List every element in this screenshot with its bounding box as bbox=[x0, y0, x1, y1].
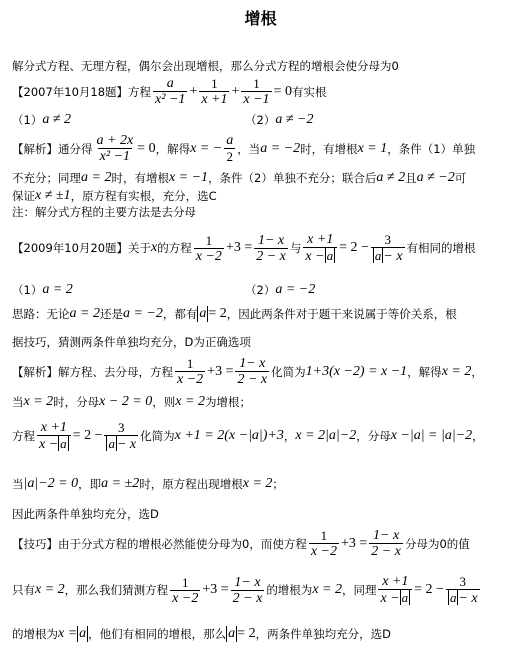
fraction: 1x −1 bbox=[241, 76, 271, 107]
problem1-condition-1: （1）a ≠ 2 bbox=[12, 112, 71, 128]
problem1-analysis-line2: 不充分；同理a = 2 时，有增根x = −1 ，条件（2）单独不充分；联合后a… bbox=[12, 170, 466, 186]
fraction: ax² −1 bbox=[153, 76, 187, 107]
problem1-analysis-line3: 保证x ≠ ±1 ，原方程有实根，充分，选C bbox=[12, 188, 217, 204]
problem2-tip-line1: 【技巧】由于分式方程的增根必然能使分母为0，而使方程 1x −2 +3 = 1−… bbox=[12, 528, 470, 559]
problem2-analysis-line4: 当|a|−2 = 0 ，即a = ±2 时，原方程出现增根x = 2 ； bbox=[12, 476, 284, 492]
problem2-tip-line2: 只有x = 2 ，那么我们猜测方程 1x −2 +3 = 1− x2 − x 的… bbox=[12, 574, 482, 606]
problem2-analysis-line2: 当x = 2 时，分母x − 2 = 0 ，则x = 2 为增根； bbox=[12, 394, 251, 410]
problem2-analysis-line1: 【解析】解方程、去分母，方程 1x −2 +3 = 1− x2 − x 化简为1… bbox=[12, 356, 483, 387]
fraction: 1x +1 bbox=[199, 76, 229, 107]
problem2-analysis-line5: 因此两条件单独均充分，选D bbox=[12, 506, 159, 522]
intro-text: 解分式方程、无理方程，偶尔会出现增根，那么分式方程的增根会使分母为0 bbox=[12, 58, 399, 74]
problem2-analysis-line3: 方程 x +1x −a = 2 − 3a− x 化简为x +1 = 2(x −|… bbox=[12, 420, 484, 452]
problem1-analysis-line1: 【解析】通分得 a + 2xx² −1 = 0，解得 x = − a2 ，当a … bbox=[12, 133, 475, 164]
problem1-condition-2: （2）a ≠ −2 bbox=[245, 112, 313, 128]
problem2-statement: 【2009年10月20题】关于 x的方程 1x −2 +3 = 1− x2 − … bbox=[12, 232, 476, 264]
problem2-idea-line2: 据技巧，猜测两条件单独均充分，D为正确选项 bbox=[12, 334, 251, 350]
problem2-condition-1: （1）a = 2 bbox=[12, 282, 73, 298]
problem2-idea-line1: 思路：无论a = 2 还是a = −2 ，都有a = 2，因此两条件对于题干来说… bbox=[12, 306, 457, 322]
problem2-condition-2: （2）a = −2 bbox=[245, 282, 315, 298]
problem1-statement: 【2007年10月18题】 方程 ax² −1 + 1x +1 + 1x −1 … bbox=[12, 76, 326, 107]
problem2-tip-line3: 的增根为x = a ，他们有相同的增根，那么a = 2，两条件单独均充分，选D bbox=[12, 626, 391, 642]
problem1-note: 注：解分式方程的主要方法是去分母 bbox=[12, 204, 196, 220]
page-title: 增根 bbox=[0, 6, 521, 29]
